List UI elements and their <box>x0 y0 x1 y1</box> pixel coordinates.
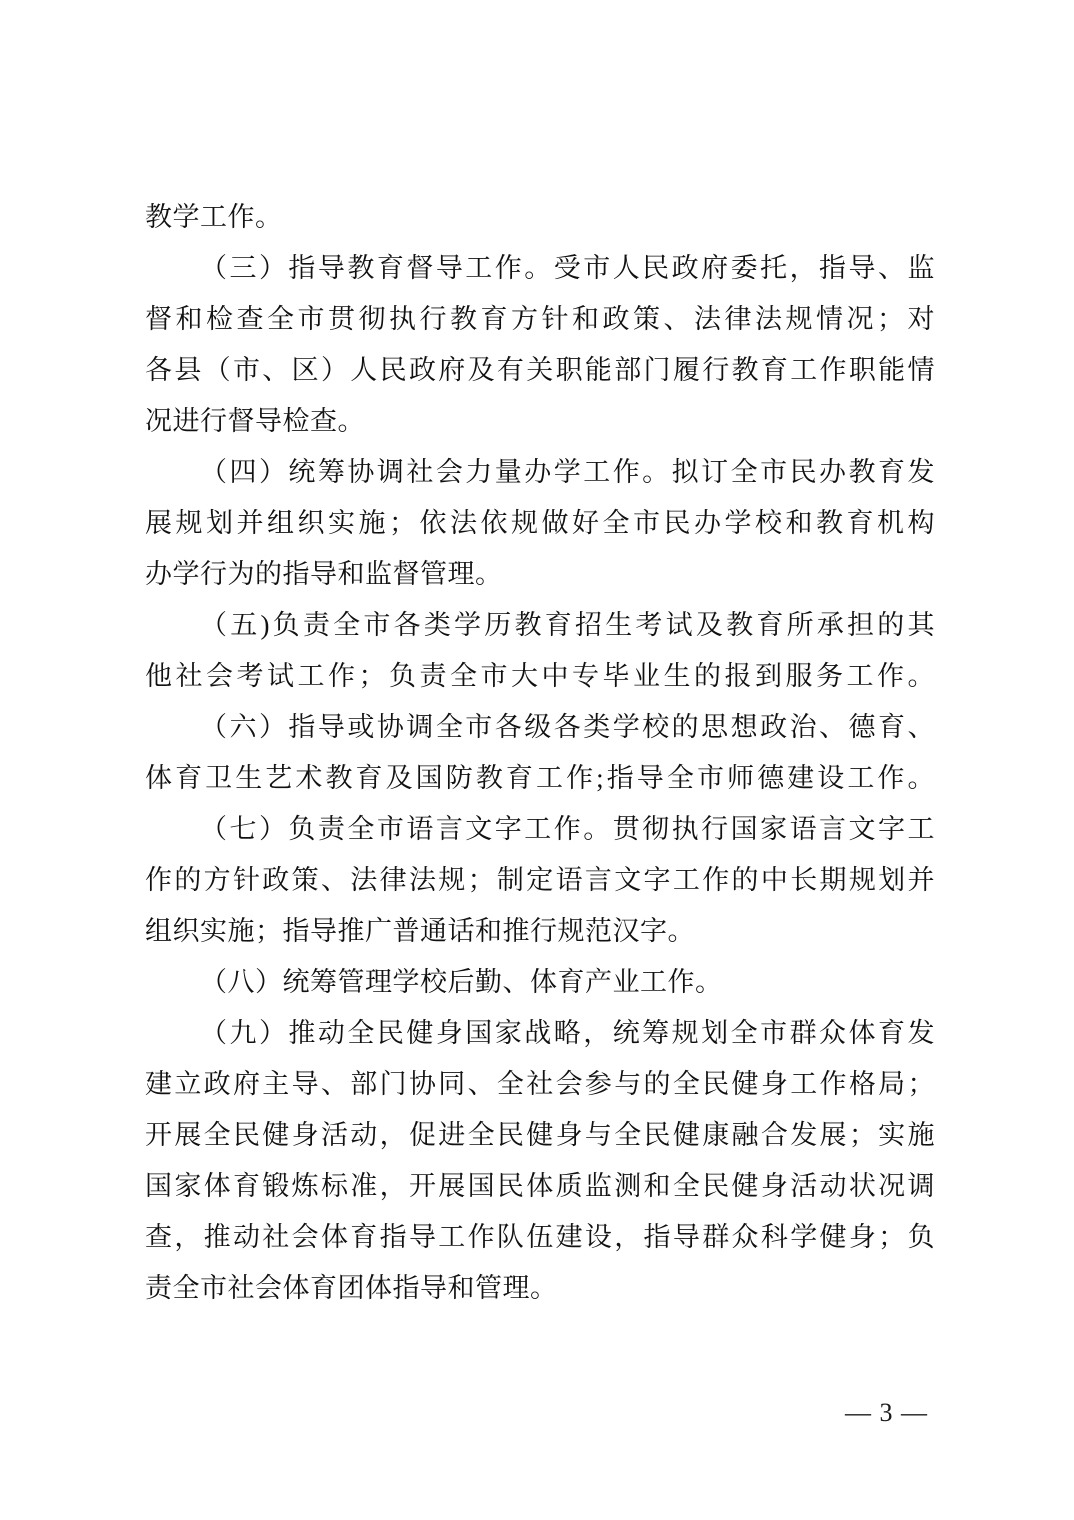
text-line: 建立政府主导、部门协同、全社会参与的全民健身工作格局； <box>145 1059 935 1110</box>
text-line: 查，推动社会体育指导工作队伍建设，指导群众科学健身；负 <box>145 1212 935 1263</box>
text-line: 国家体育锻炼标准，开展国民体质监测和全民健身活动状况调 <box>145 1161 935 1212</box>
text-line: 体育卫生艺术教育及国防教育工作;指导全市师德建设工作。 <box>145 753 935 804</box>
text-line: （九）推动全民健身国家战略，统筹规划全市群众体育发展， <box>145 1008 935 1059</box>
text-line: 开展全民健身活动，促进全民健身与全民健康融合发展；实施 <box>145 1110 935 1161</box>
text-line: 教学工作。 <box>145 192 935 243</box>
text-line: 办学行为的指导和监督管理。 <box>145 549 935 600</box>
page-number: — 3 — <box>845 1388 955 1438</box>
text-line: （五)负责全市各类学历教育招生考试及教育所承担的其 <box>145 600 935 651</box>
text-line: （四）统筹协调社会力量办学工作。拟订全市民办教育发 <box>145 447 935 498</box>
document-body: 教学工作。（三）指导教育督导工作。受市人民政府委托，指导、监督和检查全市贯彻执行… <box>145 192 935 1314</box>
text-line: 责全市社会体育团体指导和管理。 <box>145 1263 935 1314</box>
text-line: 他社会考试工作；负责全市大中专毕业生的报到服务工作。 <box>145 651 935 702</box>
text-line: 作的方针政策、法律法规；制定语言文字工作的中长期规划并 <box>145 855 935 906</box>
text-line: 况进行督导检查。 <box>145 396 935 447</box>
text-line: （八）统筹管理学校后勤、体育产业工作。 <box>145 957 935 1008</box>
text-line: （六）指导或协调全市各级各类学校的思想政治、德育、 <box>145 702 935 753</box>
text-line: 组织实施；指导推广普通话和推行规范汉字。 <box>145 906 935 957</box>
text-line: 各县（市、区）人民政府及有关职能部门履行教育工作职能情 <box>145 345 935 396</box>
text-line: 督和检查全市贯彻执行教育方针和政策、法律法规情况；对 <box>145 294 935 345</box>
text-line: （三）指导教育督导工作。受市人民政府委托，指导、监 <box>145 243 935 294</box>
document-page: 教学工作。（三）指导教育督导工作。受市人民政府委托，指导、监督和检查全市贯彻执行… <box>0 0 1074 1520</box>
text-line: 展规划并组织实施；依法依规做好全市民办学校和教育机构 <box>145 498 935 549</box>
text-line: （七）负责全市语言文字工作。贯彻执行国家语言文字工 <box>145 804 935 855</box>
